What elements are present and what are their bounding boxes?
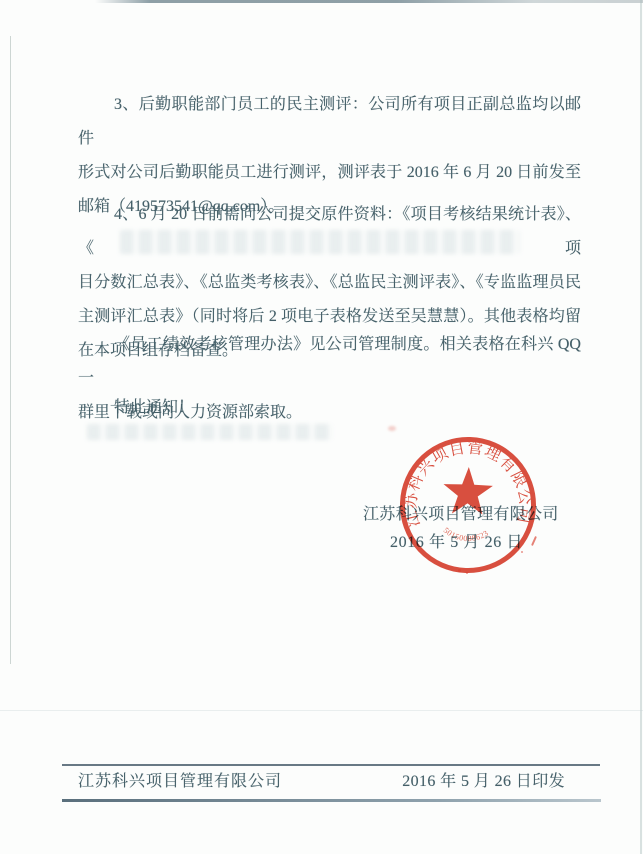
scanned-notice-page: 3、后勤职能部门员工的民主测评：公司所有项目正副总监均以邮件 形式对公司后勤职能… <box>0 0 643 854</box>
footer-rule-bottom <box>62 799 601 802</box>
body-line: 4、6 月 20 日前需向公司提交原件资料：《项目考核结果统计表》、《项 <box>78 198 581 266</box>
body-line: 《员工绩效考核管理办法》见公司管理制度。相关表格在科兴 QQ 一 <box>78 328 581 396</box>
footer-rule-top <box>62 764 600 766</box>
body-line: 目分数汇总表》、《总监类考核表》、《总监民主测评表》、《专监监理员民 <box>78 266 581 300</box>
seal-ink-speck <box>466 572 468 574</box>
svg-text:50150088623: 50150088623 <box>441 526 490 544</box>
footer-issuer: 江苏科兴项目管理有限公司 <box>78 772 282 792</box>
seal-serial-number: 50150088623 <box>441 526 490 544</box>
body-line: 形式对公司后勤职能员工进行测评，测评表于 2016 年 6 月 20 日前发至 <box>78 156 581 190</box>
scan-artifact-band <box>0 710 643 711</box>
body-line: 3、后勤职能部门员工的民主测评：公司所有项目正副总监均以邮件 <box>78 88 581 156</box>
company-seal: 江苏科兴项目管理有限公司 50150088623 <box>370 407 567 604</box>
seal-ink-speck <box>458 569 461 572</box>
scan-artifact-right-edge <box>640 0 642 854</box>
footer: 江苏科兴项目管理有限公司 2016 年 5 月 26 日印发 <box>78 772 565 792</box>
seal-star-icon <box>443 466 494 515</box>
scan-artifact-top-edge <box>95 0 643 3</box>
seal-ink-speck <box>521 551 523 553</box>
footer-print-date: 2016 年 5 月 26 日印发 <box>402 772 565 792</box>
scan-artifact-left-edge <box>10 36 11 664</box>
